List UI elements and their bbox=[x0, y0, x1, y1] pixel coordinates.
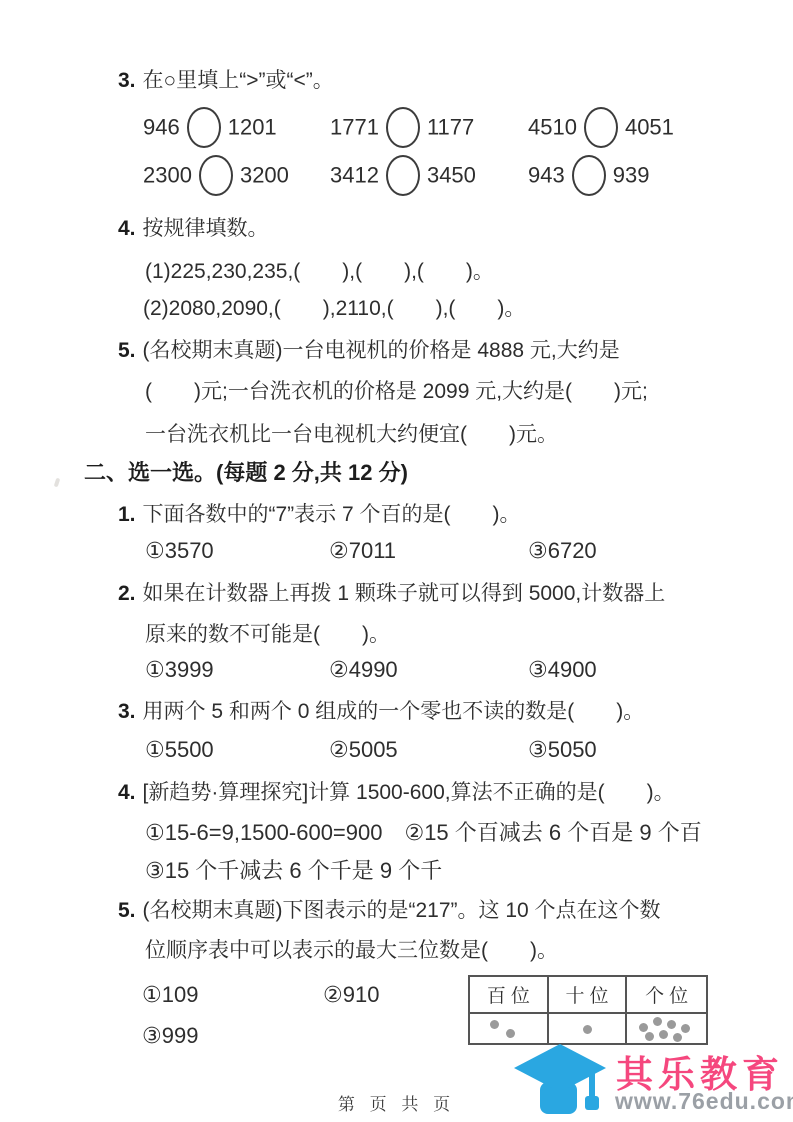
right-number: 3200 bbox=[240, 162, 289, 187]
option-1: ①3570 bbox=[145, 538, 329, 564]
p2q1-heading: 1.下面各数中的“7”表示 7 个百的是( )。 bbox=[118, 500, 521, 530]
right-number: 1201 bbox=[228, 114, 277, 139]
p2q4-options-line2: ③15 个千减去 6 个千是 9 个千 bbox=[145, 856, 442, 886]
compare-row-2: 23003200 34123450 943939 bbox=[143, 152, 723, 198]
place-value-dot bbox=[667, 1020, 676, 1029]
q5-heading: 5.(名校期末真题)一台电视机的价格是 4888 元,大约是 bbox=[118, 336, 620, 366]
place-value-dot bbox=[653, 1017, 662, 1026]
option-3: ③4900 bbox=[528, 657, 745, 683]
q4-sequence-2: (2)2080,2090,( ),2110,( ),( )。 bbox=[143, 294, 525, 324]
compare-pair: 943939 bbox=[528, 155, 723, 196]
p2q4-number: 4. bbox=[118, 781, 136, 804]
p2q2-text-line2: 原来的数不可能是( )。 bbox=[145, 620, 390, 650]
option-3: ③5050 bbox=[528, 737, 745, 763]
place-value-dot bbox=[583, 1025, 592, 1034]
p2q5-text-line2: 位顺序表中可以表示的最大三位数是( )。 bbox=[145, 936, 558, 966]
section2-heading: 二、选一选。(每题 2 分,共 12 分) bbox=[84, 456, 408, 487]
p2q2-text-line1: 如果在计数器上再拨 1 颗珠子就可以得到 5000,计数器上 bbox=[143, 582, 666, 605]
place-value-table: 百位 十位 个位 bbox=[468, 975, 708, 1045]
dots-cell-tens bbox=[549, 1014, 628, 1045]
q5-text-line2: ( )元;一台洗衣机的价格是 2099 元,大约是( )元; bbox=[145, 377, 648, 407]
compare-pair: 45104051 bbox=[528, 107, 723, 148]
place-value-dot bbox=[506, 1029, 515, 1038]
q5-text-line1: (名校期末真题)一台电视机的价格是 4888 元,大约是 bbox=[143, 339, 620, 362]
left-number: 2300 bbox=[143, 162, 192, 187]
dots-cell-hundreds bbox=[470, 1014, 549, 1045]
left-number: 4510 bbox=[528, 114, 577, 139]
option-2: ②910 bbox=[323, 982, 442, 1008]
compare-pair: 9461201 bbox=[143, 107, 330, 148]
compare-circle bbox=[584, 107, 618, 148]
left-number: 946 bbox=[143, 114, 180, 139]
left-number: 3412 bbox=[330, 162, 379, 187]
p2q5-heading: 5.(名校期末真题)下图表示的是“217”。这 10 个点在这个数 bbox=[118, 896, 661, 926]
compare-pair: 23003200 bbox=[143, 155, 330, 196]
table-header-hundreds: 百位 bbox=[470, 977, 549, 1014]
left-number: 1771 bbox=[330, 114, 379, 139]
option-2: ②4990 bbox=[329, 657, 528, 683]
p2q1-prompt: 下面各数中的“7”表示 7 个百的是( )。 bbox=[143, 503, 521, 526]
right-number: 4051 bbox=[625, 114, 674, 139]
right-number: 1177 bbox=[427, 114, 474, 139]
p2q3-options: ①5500 ②5005 ③5050 bbox=[145, 737, 745, 763]
compare-circle bbox=[386, 155, 420, 196]
place-value-dot bbox=[639, 1023, 648, 1032]
q4-number: 4. bbox=[118, 217, 136, 240]
p2q4-heading: 4.[新趋势·算理探究]计算 1500-600,算法不正确的是( )。 bbox=[118, 778, 675, 808]
option-2: ②7011 bbox=[329, 538, 528, 564]
p2q4-options-line1: ①15-6=9,1500-600=900 ②15 个百减去 6 个百是 9 个百 bbox=[145, 818, 702, 848]
q4-sequence-1: (1)225,230,235,( ),( ),( )。 bbox=[145, 257, 494, 287]
left-number: 943 bbox=[528, 162, 565, 187]
option-2: ②5005 bbox=[329, 737, 528, 763]
p2q3-number: 3. bbox=[118, 700, 136, 723]
p2q2-heading: 2.如果在计数器上再拨 1 颗珠子就可以得到 5000,计数器上 bbox=[118, 579, 665, 609]
q5-text-line3: 一台洗衣机比一台电视机大约便宜( )元。 bbox=[145, 420, 558, 450]
p2q3-heading: 3.用两个 5 和两个 0 组成的一个零也不读的数是( )。 bbox=[118, 697, 644, 727]
p2q5-text-line1: (名校期末真题)下图表示的是“217”。这 10 个点在这个数 bbox=[143, 899, 661, 922]
q3-number: 3. bbox=[118, 69, 136, 92]
p2q3-prompt: 用两个 5 和两个 0 组成的一个零也不读的数是( )。 bbox=[143, 700, 645, 723]
compare-circle bbox=[187, 107, 221, 148]
table-header-ones: 个位 bbox=[627, 977, 706, 1014]
p2q1-number: 1. bbox=[118, 503, 136, 526]
p2q5-option-3: ③999 bbox=[142, 1023, 198, 1049]
p2q4-prompt: [新趋势·算理探究]计算 1500-600,算法不正确的是( )。 bbox=[143, 781, 675, 804]
dots-cell-ones bbox=[627, 1014, 706, 1045]
compare-circle bbox=[386, 107, 420, 148]
q3-heading: 3.在○里填上“>”或“<”。 bbox=[118, 66, 334, 96]
place-value-dot bbox=[645, 1032, 654, 1041]
q4-prompt: 按规律填数。 bbox=[143, 217, 269, 240]
p2q5-number: 5. bbox=[118, 899, 136, 922]
option-1: ①5500 bbox=[145, 737, 329, 763]
place-value-dot bbox=[659, 1030, 668, 1039]
option-1: ①3999 bbox=[145, 657, 329, 683]
compare-pair: 34123450 bbox=[330, 155, 528, 196]
right-number: 3450 bbox=[427, 162, 476, 187]
compare-circle bbox=[199, 155, 233, 196]
place-value-dot bbox=[673, 1033, 682, 1042]
compare-pair: 17711177 bbox=[330, 107, 528, 148]
q4-heading: 4.按规律填数。 bbox=[118, 214, 269, 244]
p2q1-options: ①3570 ②7011 ③6720 bbox=[145, 538, 745, 564]
p2q2-number: 2. bbox=[118, 582, 136, 605]
place-value-dot bbox=[681, 1024, 690, 1033]
place-value-dot bbox=[490, 1020, 499, 1029]
p2q2-options: ①3999 ②4990 ③4900 bbox=[145, 657, 745, 683]
page-footer: 第 页 共 页 bbox=[0, 1090, 793, 1115]
compare-row-1: 9461201 17711177 45104051 bbox=[143, 104, 723, 150]
right-number: 939 bbox=[613, 162, 650, 187]
p2q5-options-row: ①109 ②910 bbox=[142, 982, 442, 1008]
q5-number: 5. bbox=[118, 339, 136, 362]
option-1: ①109 bbox=[142, 982, 323, 1008]
scan-artifact bbox=[54, 478, 61, 488]
option-3: ③6720 bbox=[528, 538, 745, 564]
worksheet-page: 3.在○里填上“>”或“<”。 9461201 17711177 4510405… bbox=[0, 0, 793, 1122]
q3-prompt: 在○里填上“>”或“<”。 bbox=[143, 69, 334, 92]
table-header-tens: 十位 bbox=[549, 977, 628, 1014]
compare-circle bbox=[572, 155, 606, 196]
